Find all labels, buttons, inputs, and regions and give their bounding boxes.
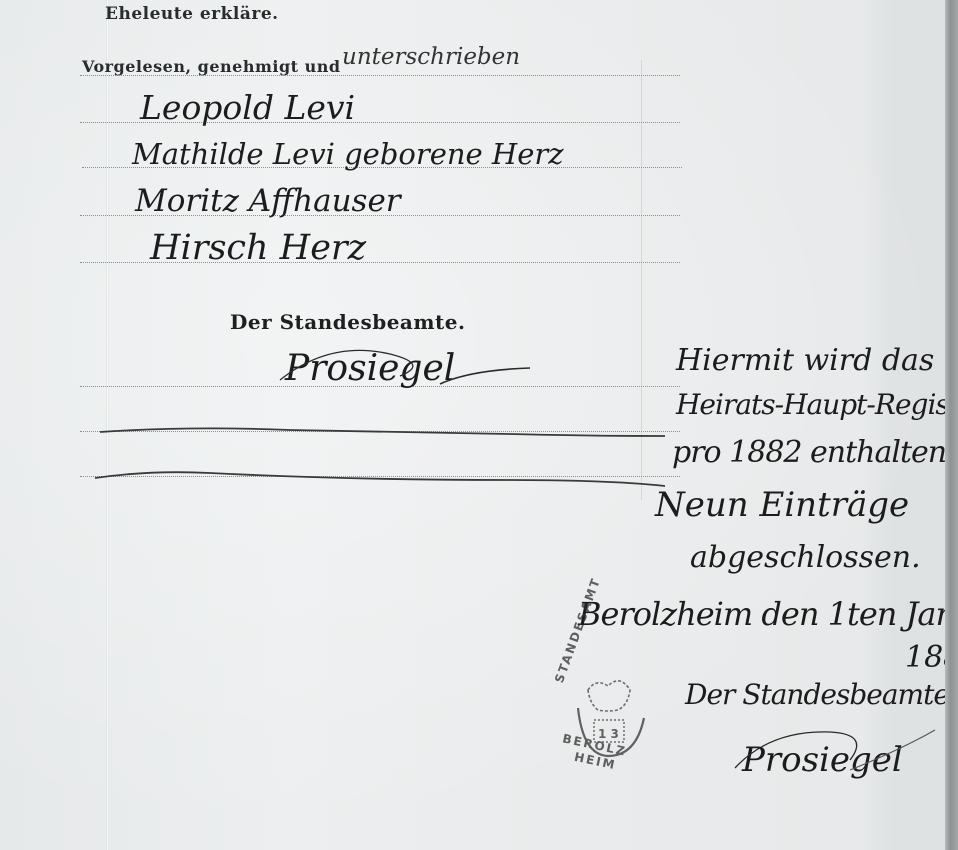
handwritten-unterschrieben: unterschrieben — [342, 44, 520, 70]
margin-note-line: Der Standesbeamte — [685, 678, 949, 711]
margin-note-line: Neun Einträge — [655, 485, 909, 525]
margin-note-line: pro 1882 enthaltend — [672, 435, 958, 470]
page-edge-shadow — [945, 0, 958, 850]
margin-note-line: Hiermit wird das — [676, 343, 934, 378]
signature-leopold-levi: Leopold Levi — [140, 88, 355, 127]
ruled-line — [80, 75, 680, 76]
signature-moritz-affhauser: Moritz Affhauser — [135, 183, 401, 219]
signature-flourish-icon — [270, 340, 550, 400]
document-page: Eheleute erkläre. Vorgelesen, genehmigt … — [0, 0, 958, 850]
margin-note-line: Heirats-Haupt-Register — [676, 388, 958, 421]
margin-note-line: Berolzheim den 1ten Januar — [578, 595, 958, 633]
margin-note-line: abgeschlossen. — [690, 540, 921, 575]
signature-mathilde-levi: Mathilde Levi geborene Herz — [132, 137, 564, 171]
printed-line-eheleute: Eheleute erkläre. — [105, 4, 279, 24]
printed-standesbeamte: Der Standesbeamte. — [230, 310, 465, 334]
official-stamp: 1 3 STANDESAMT BEROLZ HEIM — [548, 660, 668, 775]
closing-ink-lines — [90, 420, 670, 490]
signature-flourish-icon — [730, 720, 950, 790]
printed-line-vorgelesen: Vorgelesen, genehmigt und — [82, 57, 341, 76]
signature-hirsch-herz: Hirsch Herz — [150, 228, 366, 268]
